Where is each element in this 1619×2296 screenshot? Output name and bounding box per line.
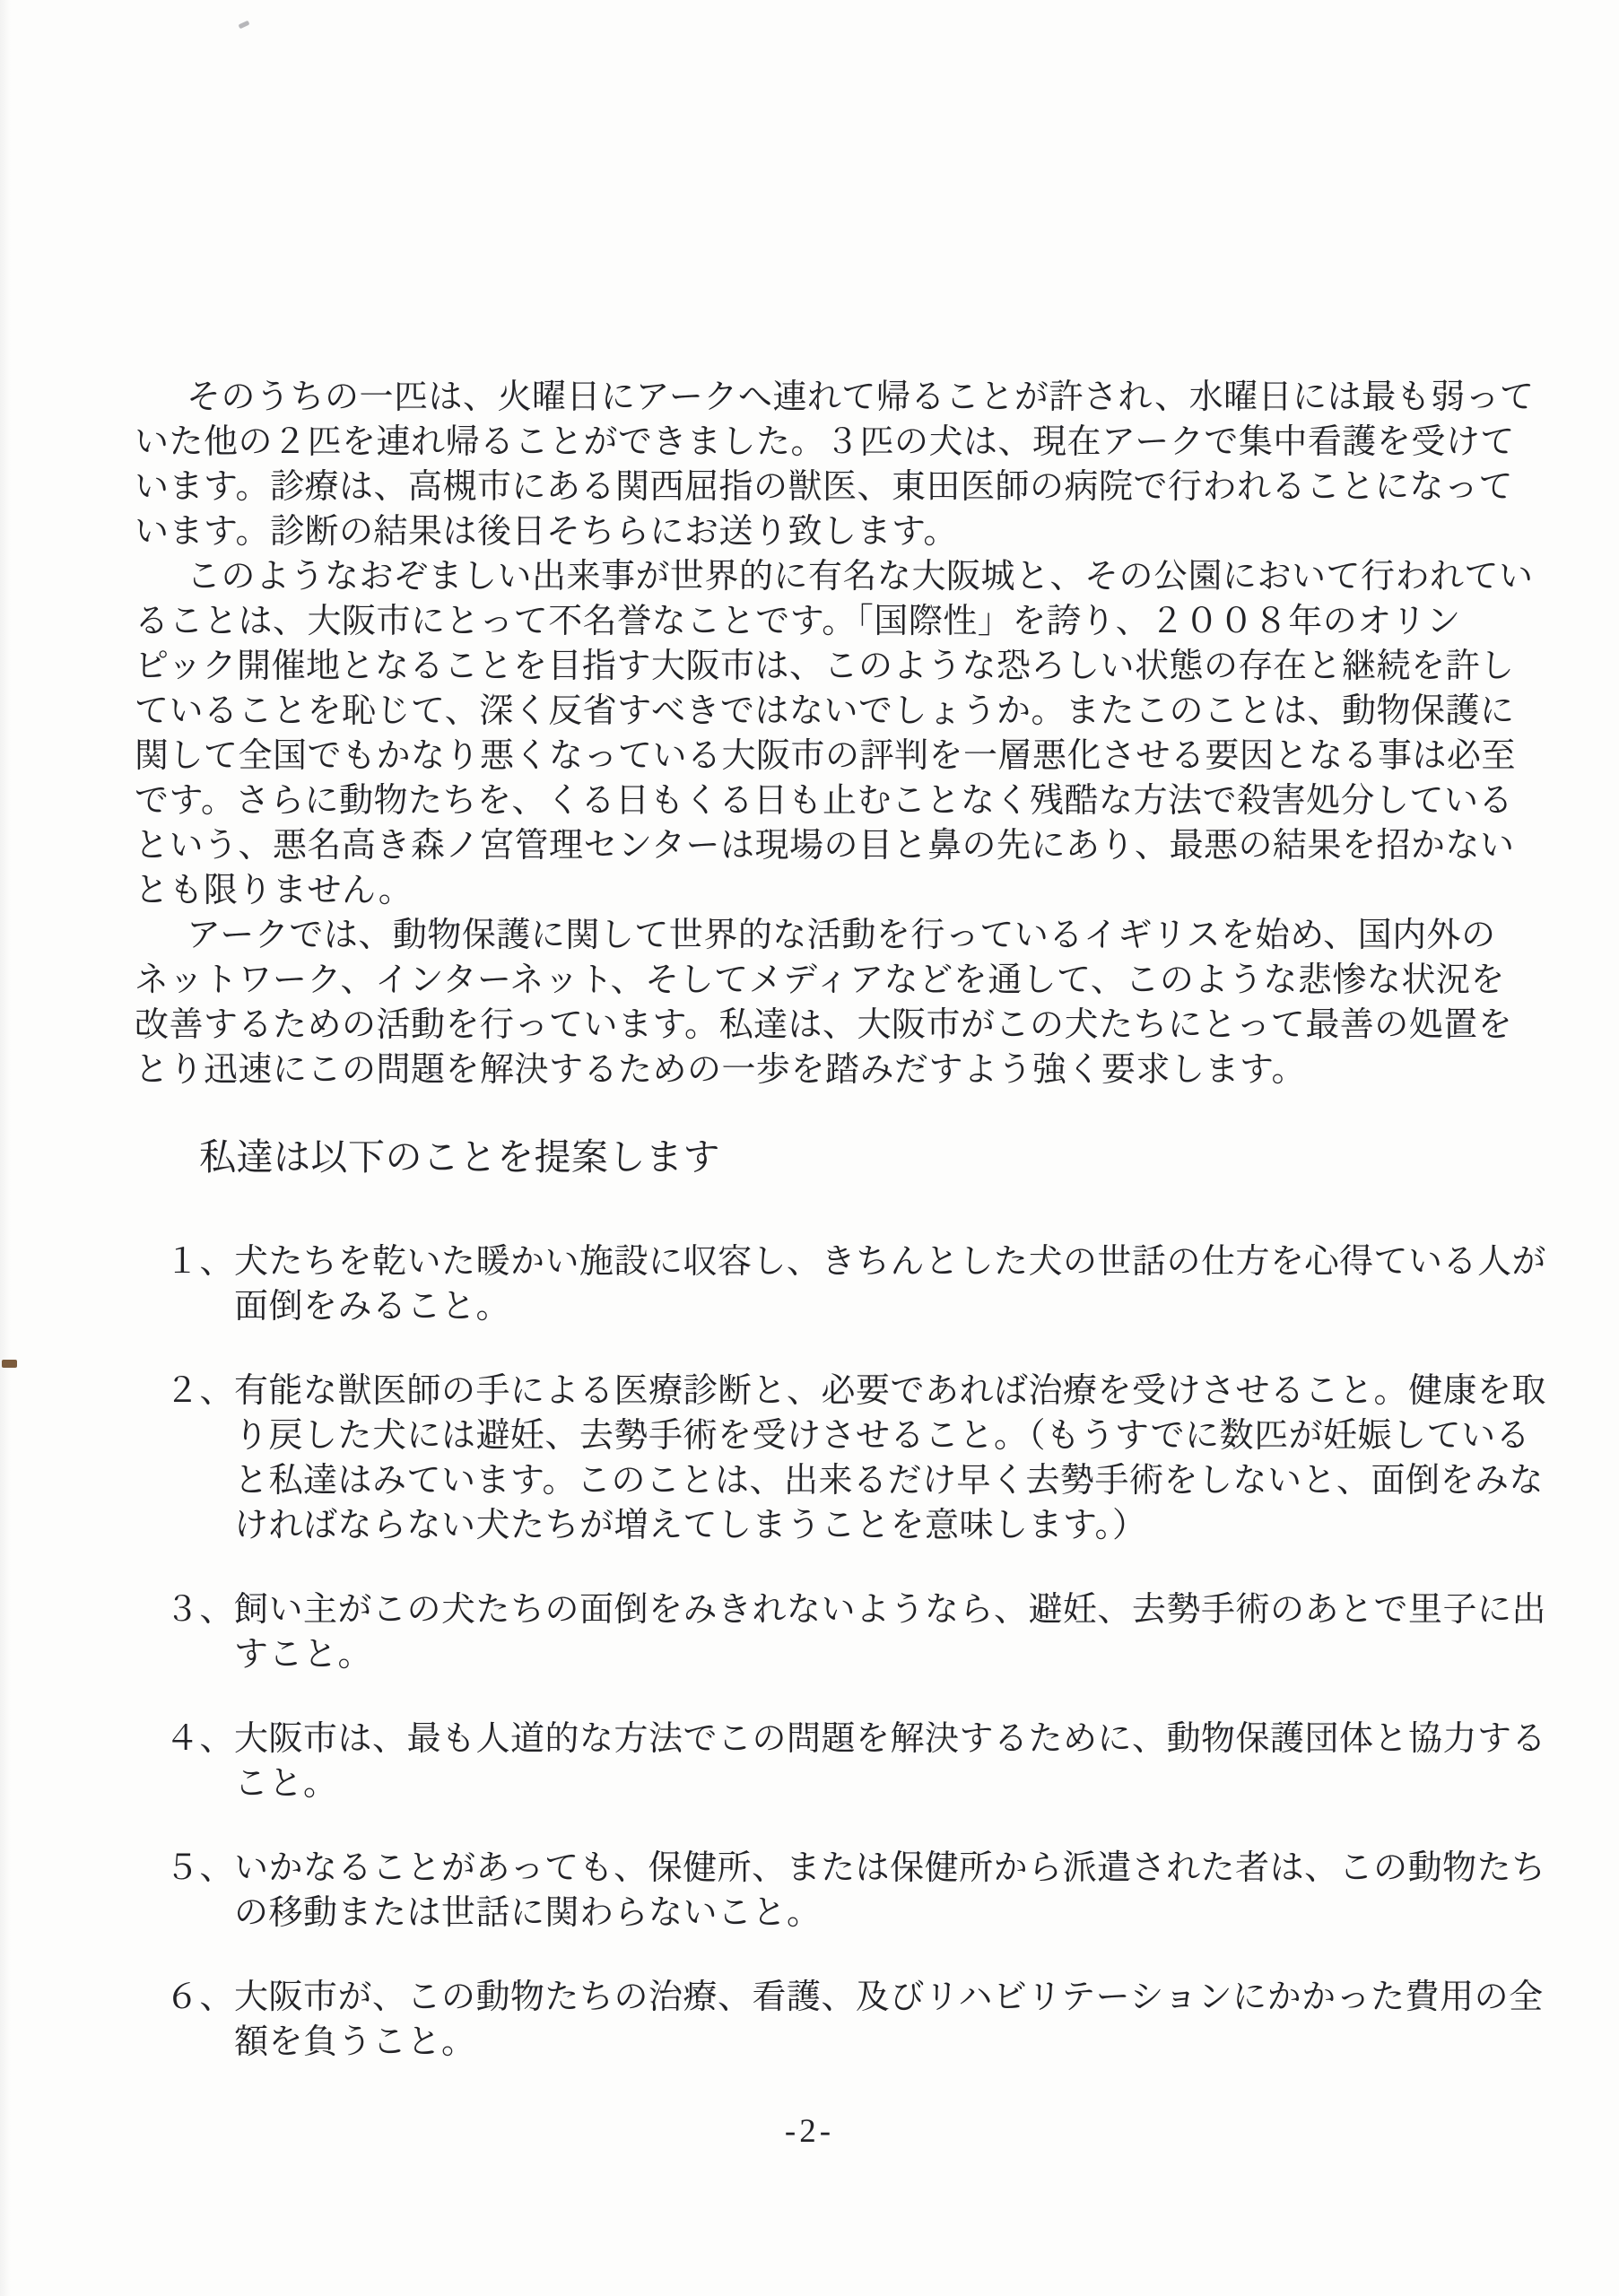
paragraph-dog-rescue: そのうちの一匹は、火曜日にアークへ連れて帰ることが許され、水曜日には最も弱って … — [135, 375, 1534, 554]
proposal-item-4: ４、 大阪市は、最も人道的な方法でこの問題を解決するために、動物保護団体と協力す… — [135, 1717, 1534, 1806]
proposal-item-1: １、 犬たちを乾いた暖かい施設に収容し、きちんとした犬の世話の仕方を心得ている人… — [135, 1239, 1534, 1329]
proposal-item-5: ５、 いかなることがあっても、保健所、または保健所から派遣された者は、この動物た… — [135, 1846, 1534, 1935]
proposal-number: ６、 — [135, 1975, 234, 2065]
scan-edge-shading — [0, 0, 11, 2296]
proposal-text: 大阪市は、最も人道的な方法でこの問題を解決するために、動物保護団体と協力する こ… — [234, 1717, 1546, 1806]
proposal-number: ２、 — [135, 1369, 234, 1548]
proposal-text: 犬たちを乾いた暖かい施設に収容し、きちんとした犬の世話の仕方を心得ている人が 面… — [234, 1239, 1546, 1329]
proposal-text: 飼い主がこの犬たちの面倒をみきれないようなら、避妊、去勢手術のあとで里子に出 す… — [234, 1587, 1546, 1677]
proposal-number: ３、 — [135, 1587, 234, 1677]
proposals-heading: 私達は以下のことを提案します — [135, 1134, 1534, 1180]
scan-speck — [239, 21, 250, 30]
scanned-letter-page: そのうちの一匹は、火曜日にアークへ連れて帰ることが許され、水曜日には最も弱って … — [0, 0, 1619, 2296]
proposal-number: ４、 — [135, 1717, 234, 1806]
scan-speck — [2, 1360, 17, 1368]
proposal-number: １、 — [135, 1239, 234, 1329]
proposal-item-6: ６、 大阪市が、この動物たちの治療、看護、及びリハビリテーションにかかった費用の… — [135, 1975, 1534, 2065]
proposal-number: ５、 — [135, 1846, 234, 1935]
paragraph-osaka-criticism: このようなおぞましい出来事が世界的に有名な大阪城と、その公園において行われてい … — [135, 554, 1534, 913]
proposal-item-2: ２、 有能な獣医師の手による医療診断と、必要であれば治療を受けさせること。健康を… — [135, 1369, 1534, 1548]
proposal-text: 大阪市が、この動物たちの治療、看護、及びリハビリテーションにかかった費用の全 額… — [234, 1975, 1544, 2065]
page-number: -2- — [0, 2111, 1619, 2152]
proposal-text: いかなることがあっても、保健所、または保健所から派遣された者は、この動物たち の… — [234, 1846, 1546, 1935]
letter-body: そのうちの一匹は、火曜日にアークへ連れて帰ることが許され、水曜日には最も弱って … — [135, 375, 1534, 2104]
proposal-text: 有能な獣医師の手による医療診断と、必要であれば治療を受けさせること。健康を取 り… — [234, 1369, 1546, 1548]
paragraph-ark-activities: アークでは、動物保護に関して世界的な活動を行っているイギリスを始め、国内外の ネ… — [135, 913, 1534, 1092]
proposal-item-3: ３、 飼い主がこの犬たちの面倒をみきれないようなら、避妊、去勢手術のあとで里子に… — [135, 1587, 1534, 1677]
